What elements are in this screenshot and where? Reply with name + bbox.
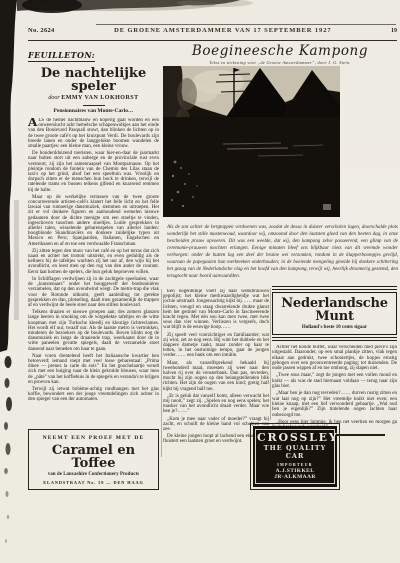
masthead-bottom-rule <box>28 40 397 41</box>
crossley-ad-frame: CROSSLEY THE QUALITY CAR IMPORTEUR A.J.S… <box>250 423 340 490</box>
feuilleton-column: FEUILLETON: De nachtelijke speler door E… <box>28 45 159 490</box>
masthead-page-number: 19 <box>391 28 397 34</box>
byline-author: EMMY VAN LOKHORST <box>61 95 138 101</box>
crossley-ad-role: IMPORTEUR <box>257 462 333 467</box>
feuilleton-paragraph: „Twee sous maar,” zegt de jongen met een… <box>272 373 397 389</box>
kampong-title: Boegineesche Kampong <box>163 43 397 59</box>
crossley-ad-importer: A.J.STIKKEL JR·ALKMAAR <box>257 468 333 480</box>
column-rule-right <box>270 288 271 420</box>
feuilleton-paragraph: Naar voren drentelend heeft het Italiaan… <box>28 354 159 385</box>
toffee-ad-header: NEEMT EEN PROEF MET DE <box>32 435 155 441</box>
feuilleton-paragraph: „Maar ben je dan nog tevreden?…… durven … <box>272 391 397 417</box>
newspaper-page: No. 2624 DE GROENE AMSTERDAMMER VAN 17 S… <box>0 0 400 563</box>
feuilleton-continuation-right: Achter het koude buffet, waar verscheide… <box>272 345 397 431</box>
column-rule-left <box>161 289 162 457</box>
double-rule-bottom <box>272 337 397 341</box>
byline-rule <box>83 105 105 106</box>
feuilleton-paragraph: „Er is geluk dat vanzelf komt, alleen ve… <box>163 394 269 415</box>
toffee-ad-address: ELANDSTRAAT No. 59 — DEN HAAG <box>32 480 155 485</box>
feuilleton-rubric: FEUILLETON: <box>28 50 95 62</box>
masthead-title: DE GROENE AMSTERDAMMER VAN 17 SEPTEMBER … <box>55 27 391 34</box>
kampong-drawing <box>163 66 340 217</box>
kampong-illustration <box>163 66 340 217</box>
feuilleton-title: De nachtelijke speler <box>28 67 159 93</box>
toffee-ad-product: Caramel en Toffee <box>32 444 155 470</box>
munt-ad-title: Nederlandsche Munt <box>274 297 395 323</box>
masthead: No. 2624 DE GROENE AMSTERDAMMER VAN 17 S… <box>28 27 397 34</box>
double-rule-top <box>272 286 397 290</box>
dropcap: A <box>28 118 37 128</box>
munt-ad-subtitle: Holland's beste 10 cents sigaar <box>274 325 395 330</box>
crossley-ad-brand: CROSSLEY <box>257 432 333 443</box>
crossley-advertisement: CROSSLEY THE QUALITY CAR IMPORTEUR A.J.S… <box>250 423 340 490</box>
kampong-caption: Als de zon achter de bergtoppen verdwene… <box>167 224 398 285</box>
feuilleton-paragraph: Maar, als vanzelfsprekend bekaald bij tw… <box>163 361 269 392</box>
masthead-issue-number: No. 2624 <box>28 27 55 34</box>
feuilleton-paragraph: In Schilflagen verdwijnen zij in de zach… <box>28 277 159 308</box>
feuilleton-paragraph: Maar op de werkelijke terrassen van de t… <box>28 195 159 247</box>
feuilleton-paragraph: Terwijl zij ietwat bohème-achtig rondhan… <box>28 387 159 403</box>
toffee-ad-company: van de Lancashire Confectionery Products <box>32 472 155 477</box>
masthead-top-rule <box>96 24 396 25</box>
crossley-ad-slogan: THE QUALITY CAR <box>257 444 333 460</box>
feuilleton-paragraph: De honderdduizend toeristen, waar hier-e… <box>28 151 159 193</box>
feuilleton-paragraph: Zij zitten tegen den muur van het café e… <box>28 249 159 275</box>
toffee-advertisement: NEEMT EEN PROEF MET DE Caramel en Toffee… <box>28 429 159 490</box>
feuilleton-paragraph: Zij speelt veel voorzichtiger en familia… <box>163 333 269 359</box>
kampong-credit: Tekst en teekening voor „de Groene Amste… <box>163 60 397 65</box>
feuilleton-byline: door EMMY VAN LOKHORST <box>28 95 159 102</box>
feuilleton-paragraph: ALS de hemel nachtblauw en koperig gaat … <box>28 118 159 149</box>
feuilleton-kicker: Pensionnaires van Monte-Carlo… <box>28 108 159 114</box>
feuilleton-paragraph: Een oogenblikje voelt zij haar wenkbrauw… <box>163 289 269 331</box>
right-column: Nederlandsche Munt Holland's beste 10 ce… <box>272 286 397 436</box>
byline-prefix: door <box>48 95 59 101</box>
feuilleton-paragraph: Telkens draaien er nieuwe groepen aan; d… <box>28 310 159 352</box>
munt-advertisement: Nederlandsche Munt Holland's beste 10 ce… <box>272 292 397 335</box>
feuilleton-body: ALS de hemel nachtblauw en koperig gaat … <box>28 118 159 424</box>
feuilleton-paragraph: Achter het koude buffet, waar verscheide… <box>272 345 397 371</box>
